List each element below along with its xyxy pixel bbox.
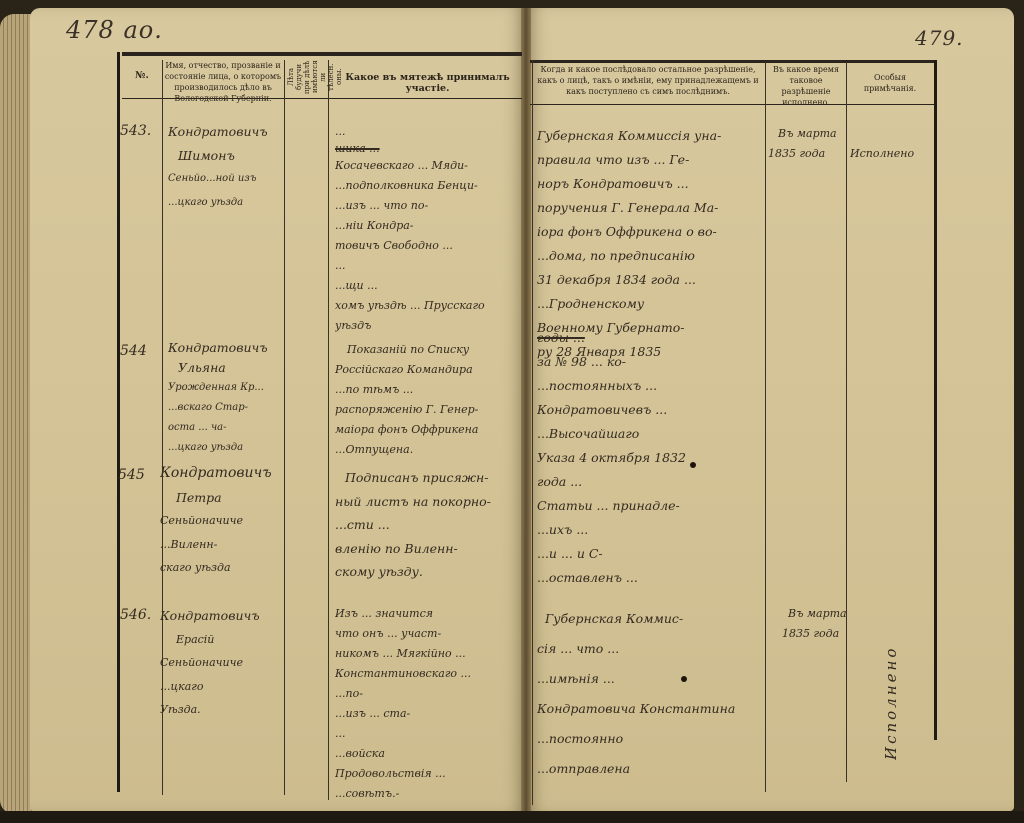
entry-543-number: 543. xyxy=(120,120,151,144)
participation-line: Продовольствія ... xyxy=(335,764,525,784)
resolution-line: ...постоянныхъ ... xyxy=(537,374,765,398)
name-line: Сеньйоначиче xyxy=(160,651,282,675)
participation-line: ный листъ на покорно- xyxy=(335,490,525,514)
resolution-line: ...имѣнія ... xyxy=(537,664,765,694)
entry-545-number: 545 xyxy=(118,464,145,488)
header-participation: Какое въ мятежѣ принималъ участіе. xyxy=(330,72,525,94)
col-divider-participation xyxy=(328,60,329,800)
header-bottom-rule-right xyxy=(530,104,935,105)
participation-line: ...изъ ... ста- xyxy=(335,704,525,724)
name-line: Ерасій xyxy=(160,628,282,652)
resolution-line: норъ Кондратовичъ ... xyxy=(537,172,765,196)
resolution-line: ...дома, по предписанію xyxy=(537,244,765,268)
participation-line: Косачевскаго ... Мяди- xyxy=(335,156,525,176)
resolution-line: Статьи ... принадле- xyxy=(537,494,765,518)
participation-line: ...подполковника Бенци- xyxy=(335,176,525,196)
entry-546-number: 546. xyxy=(120,604,151,628)
name-line: Шимонъ xyxy=(168,144,283,168)
entry-545-name: Кондратовичъ Петра Сеньйоначиче ...Вилен… xyxy=(160,462,282,580)
resolution-line: ...оставленъ ... xyxy=(537,566,765,590)
participation-line: ...ніи Кондра- xyxy=(335,216,525,236)
name-line: ...вскаго Стар- xyxy=(168,398,283,418)
bottom-edge xyxy=(0,811,1024,823)
participation-line: никомъ ... Мягкійно ... xyxy=(335,644,525,664)
participation-line: скому уѣзду. xyxy=(335,560,525,584)
executed-line: Въ марта xyxy=(768,604,846,624)
resolution-line: ...Гродненскому xyxy=(537,292,765,316)
entry-544-participation: Показаній по Списку Россійскаго Командир… xyxy=(335,340,525,460)
name-line: Сеньйо...ной изъ xyxy=(168,167,283,191)
entry-543-executed: Въ марта 1835 года xyxy=(768,124,846,164)
name-line: ...цкаго уѣзда xyxy=(168,191,283,215)
resolution-line: Губернская Коммис- xyxy=(537,604,765,634)
right-page-border xyxy=(934,60,937,740)
entry-544-number: 544 xyxy=(120,340,147,364)
col-divider-notes xyxy=(846,62,847,782)
name-line: Кондратовичъ xyxy=(160,604,282,628)
resolution-line: Губернская Коммиссія уна- xyxy=(537,124,765,148)
participation-line: ...Отпущена. xyxy=(335,440,525,460)
participation-line: ... xyxy=(335,724,525,744)
name-line: Уѣзда. xyxy=(160,698,282,722)
participation-line: ... xyxy=(335,122,525,142)
name-line: Кондратовичъ xyxy=(160,462,282,486)
name-line: Петра xyxy=(160,486,282,510)
participation-line: Изъ ... значится xyxy=(335,604,525,624)
resolution-line: Указа 4 октября 1832 xyxy=(537,446,765,470)
executed-line: 1835 года xyxy=(768,144,846,164)
entry-546-notes: Исполнено xyxy=(880,600,904,760)
participation-line: уѣздъ xyxy=(335,316,525,336)
header-name: Имя, отчество, прозваніе и состояніе лиц… xyxy=(164,60,282,104)
left-folio-number: 478 ао. xyxy=(66,16,163,44)
header-number: №. xyxy=(122,70,162,81)
resolution-line: ...постоянно xyxy=(537,724,765,754)
participation-line: ...по тѣмъ ... xyxy=(335,380,525,400)
resolution-line: сія ... что ... xyxy=(537,634,765,664)
col-divider-years xyxy=(284,60,285,795)
participation-line: ...войска xyxy=(335,744,525,764)
left-page-border xyxy=(117,52,120,792)
participation-line: ...щи ... xyxy=(335,276,525,296)
resolution-line: года ... xyxy=(537,470,765,494)
resolution-line: ...ихъ ... xyxy=(537,518,765,542)
participation-line: хомъ уѣздѣ ... Прусскаго xyxy=(335,296,525,316)
resolution-line: Кондратовичевъ ... xyxy=(537,398,765,422)
participation-line: вленію по Виленн- xyxy=(335,537,525,561)
resolution-line: правила что изъ ... Ге- xyxy=(537,148,765,172)
col-divider-resolution xyxy=(532,60,533,805)
name-line: скаго уѣзда xyxy=(160,556,282,580)
header-notes: Особыя примѣчанія. xyxy=(847,72,933,94)
participation-line: ...совѣтъ.- xyxy=(335,784,525,804)
name-line: Сеньйоначиче xyxy=(160,509,282,533)
resolution-line: за № 98 ... ко- xyxy=(537,350,765,374)
resolution-line: іора фонъ Оффрикена о во- xyxy=(537,220,765,244)
resolution-line: ...Высочайшаго xyxy=(537,422,765,446)
col-divider-executed xyxy=(765,62,766,792)
name-line: Кондратовичъ xyxy=(168,338,283,358)
executed-line: 1835 года xyxy=(768,624,846,644)
entry-543-participation: ... шика ... Косачевскаго ... Мяди- ...п… xyxy=(335,122,525,336)
participation-line: мaiора фонъ Оффрикена xyxy=(335,420,525,440)
participation-line: Россійскаго Командира xyxy=(335,360,525,380)
name-line: оста ... ча- xyxy=(168,418,283,438)
header-top-rule-left xyxy=(122,52,522,56)
participation-line: что онъ ... участ- xyxy=(335,624,525,644)
resolution-line: годы ... xyxy=(537,326,765,350)
name-line: Кондратовичъ xyxy=(168,120,283,144)
entry-546-executed: Въ марта 1835 года xyxy=(768,604,846,644)
participation-line: ... xyxy=(335,256,525,276)
participation-line: Показаній по Списку xyxy=(335,340,525,360)
name-line: ...цкаго уѣзда xyxy=(168,438,283,458)
header-top-rule-right xyxy=(530,60,935,63)
resolution-line: поручения Г. Генерала Ма- xyxy=(537,196,765,220)
executed-line: Въ марта xyxy=(768,124,846,144)
header-executed: Въ какое время таковое разрѣшеніе исполн… xyxy=(766,64,846,108)
resolution-line: ...отправлена xyxy=(537,754,765,784)
entry-545-participation: Подписанъ присяжн- ный листъ на покорно-… xyxy=(335,466,525,584)
header-resolution: Когда и какое послѣдовало остальное разр… xyxy=(532,64,764,97)
ledger-book: 478 ао. 479. №. Имя, отчество, прозваніе… xyxy=(0,0,1024,823)
resolution-line: 31 декабря 1834 года ... xyxy=(537,268,765,292)
name-line: Урожденная Кр... xyxy=(168,378,283,398)
participation-line: товичъ Свободно ... xyxy=(335,236,525,256)
participation-line: шика ... xyxy=(335,142,525,156)
name-line: ...цкаго xyxy=(160,675,282,699)
resolution-line: ...и ... и С- xyxy=(537,542,765,566)
participation-line: ...сти ... xyxy=(335,513,525,537)
entry-546-participation: Изъ ... значится что онъ ... участ- нико… xyxy=(335,604,525,804)
paper-hole xyxy=(681,676,687,682)
participation-line: ...изъ ... что по- xyxy=(335,196,525,216)
participation-line: распоряженію Г. Генер- xyxy=(335,400,525,420)
entry-543-name: Кондратовичъ Шимонъ Сеньйо...ной изъ ...… xyxy=(168,120,283,214)
entry-546-name: Кондратовичъ Ерасій Сеньйоначиче ...цкаг… xyxy=(160,604,282,722)
entry-544-resolution: годы ... за № 98 ... ко- ...постоянныхъ … xyxy=(537,326,765,590)
entry-543-notes: Исполнено xyxy=(850,144,932,164)
name-line: ...Виленн- xyxy=(160,533,282,557)
participation-line: ...по- xyxy=(335,684,525,704)
entry-546-resolution: Губернская Коммис- сія ... что ... ...им… xyxy=(537,604,765,784)
resolution-line: Кондратовича Константина xyxy=(537,694,765,724)
entry-544-name: Кондратовичъ Ульяна Урожденная Кр... ...… xyxy=(168,338,283,458)
name-line: Ульяна xyxy=(168,358,283,378)
paper-hole xyxy=(690,462,696,468)
header-years: Лѣта будучи при дѣлѣ имѣются ли тѣлесн. … xyxy=(287,58,327,96)
participation-line: Подписанъ присяжн- xyxy=(335,466,525,490)
right-folio-number: 479. xyxy=(915,26,964,50)
participation-line: Константиновскаго ... xyxy=(335,664,525,684)
